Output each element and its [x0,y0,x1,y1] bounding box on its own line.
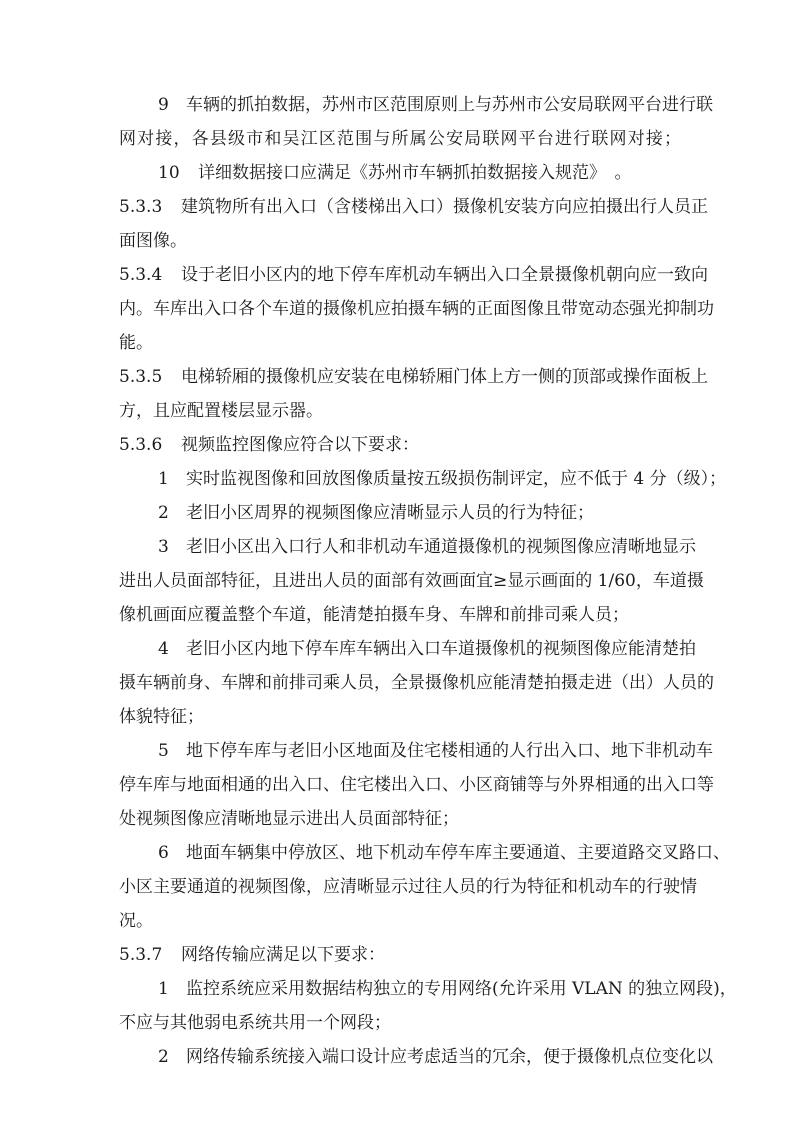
paragraph-text: 处视频图像应清晰地显示进出人员面部特征； [119,809,459,829]
paragraph-text: 像机画面应覆盖整个车道，能清楚拍摄车身、车牌和前排司乘人员； [119,605,629,625]
item-10: 10详细数据接口应满足《苏州市车辆抓拍数据接入规范》 。 [158,161,681,185]
section-5-3-3-line-1: 5.3.3建筑物所有出入口（含楼梯出入口）摄像机安装方向应拍摄出行人员正 [119,195,681,219]
item-number: 1 [158,467,186,491]
paragraph-text: 网对接，各县级市和吴江区范围与所属公安局联网平台进行联网对接； [119,129,681,149]
paragraph-text: 老旧小区周界的视频图像应清晰显示人员的行为特征； [186,503,594,523]
item-5-line-1: 5地下停车库与老旧小区地面及住宅楼相通的人行出入口、地下非机动车 [158,739,681,763]
paragraph-text: 能。 [119,333,153,353]
section-5-3-3-line-2: 面图像。 [119,229,681,253]
section-5-3-7-heading: 5.3.7网络传输应满足以下要求： [119,943,681,967]
section-5-3-4-line-2: 内。车库出入口各个车道的摄像机应拍摄车辆的正面图像且带宽动态强光抑制功 [119,297,681,321]
paragraph-text: 内。车库出入口各个车道的摄像机应拍摄车辆的正面图像且带宽动态强光抑制功 [119,299,714,319]
paragraph-text: 小区主要通道的视频图像，应清晰显示过往人员的行为特征和机动车的行驶情 [119,877,697,897]
net-item-2-line-1: 2网络传输系统接入端口设计应考虑适当的冗余，便于摄像机点位变化以 [158,1045,681,1069]
item-9-line-2: 网对接，各县级市和吴江区范围与所属公安局联网平台进行联网对接； [119,127,681,151]
paragraph-text: 监控系统应采用数据结构独立的专用网络(允许采用 VLAN 的独立网段)， [186,979,737,999]
item-number: 2 [158,501,186,525]
item-1: 1实时监视图像和回放图像质量按五级损伤制评定，应不低于 4 分（级）； [158,467,681,491]
item-number: 4 [158,637,186,661]
paragraph-text: 车辆的抓拍数据，苏州市区范围原则上与苏州市公安局联网平台进行联 [186,95,713,115]
paragraph-text: 地下停车库与老旧小区地面及住宅楼相通的人行出入口、地下非机动车 [186,741,713,761]
item-2: 2老旧小区周界的视频图像应清晰显示人员的行为特征； [158,501,681,525]
item-number: 9 [158,93,186,117]
paragraph-text: 摄车辆前身、车牌和前排司乘人员，全景摄像机应能清楚拍摄走进（出）人员的 [119,673,714,693]
item-5-line-3: 处视频图像应清晰地显示进出人员面部特征； [119,807,681,831]
item-6-line-2: 小区主要通道的视频图像，应清晰显示过往人员的行为特征和机动车的行驶情 [119,875,681,899]
paragraph-text: 详细数据接口应满足《苏州市车辆抓拍数据接入规范》 。 [198,163,632,183]
paragraph-text: 网络传输应满足以下要求： [181,945,385,965]
paragraph-text: 网络传输系统接入端口设计应考虑适当的冗余，便于摄像机点位变化以 [186,1047,713,1067]
item-number: 3 [158,535,186,559]
item-3-line-3: 像机画面应覆盖整个车道，能清楚拍摄车身、车牌和前排司乘人员； [119,603,681,627]
paragraph-text: 体貌特征； [119,707,204,727]
paragraph-text: 进出人员面部特征，且进出人员的面部有效画面宜≥显示画面的 1/60，车道摄 [119,571,704,591]
section-5-3-5-line-1: 5.3.5电梯轿厢的摄像机应安装在电梯轿厢门体上方一侧的顶部或操作面板上 [119,365,681,389]
paragraph-text: 面图像。 [119,231,187,251]
item-number: 6 [158,841,186,865]
section-5-3-6-heading: 5.3.6视频监控图像应符合以下要求： [119,433,681,457]
paragraph-text: 视频监控图像应符合以下要求： [181,435,419,455]
item-3-line-1: 3老旧小区出入口行人和非机动车通道摄像机的视频图像应清晰地显示 [158,535,681,559]
paragraph-text: 老旧小区出入口行人和非机动车通道摄像机的视频图像应清晰地显示 [186,537,696,557]
paragraph-text: 实时监视图像和回放图像质量按五级损伤制评定，应不低于 4 分（级）； [186,469,726,489]
item-5-line-2: 停车库与地面相通的出入口、住宅楼出入口、小区商铺等与外界相通的出入口等 [119,773,681,797]
paragraph-text: 地面车辆集中停放区、地下机动车停车库主要通道、主要道路交叉路口、 [186,843,730,863]
section-number: 5.3.3 [119,195,181,219]
item-6-line-1: 6地面车辆集中停放区、地下机动车停车库主要通道、主要道路交叉路口、 [158,841,681,865]
item-number: 10 [158,161,198,185]
item-9-line-1: 9车辆的抓拍数据，苏州市区范围原则上与苏州市公安局联网平台进行联 [158,93,681,117]
item-4-line-3: 体貌特征； [119,705,681,729]
section-number: 5.3.7 [119,943,181,967]
section-number: 5.3.5 [119,365,181,389]
paragraph-text: 建筑物所有出入口（含楼梯出入口）摄像机安装方向应拍摄出行人员正 [181,197,708,217]
document-page: 9车辆的抓拍数据，苏州市区范围原则上与苏州市公安局联网平台进行联 网对接，各县级… [0,0,800,1131]
paragraph-text: 老旧小区内地下停车库车辆出入口车道摄像机的视频图像应能清楚拍 [186,639,696,659]
section-number: 5.3.6 [119,433,181,457]
item-number: 2 [158,1045,186,1069]
item-4-line-2: 摄车辆前身、车牌和前排司乘人员，全景摄像机应能清楚拍摄走进（出）人员的 [119,671,681,695]
section-5-3-4-line-3: 能。 [119,331,681,355]
section-5-3-4-line-1: 5.3.4设于老旧小区内的地下停车库机动车辆出入口全景摄像机朝向应一致向 [119,263,681,287]
item-6-line-3: 况。 [119,909,681,933]
net-item-1-line-1: 1监控系统应采用数据结构独立的专用网络(允许采用 VLAN 的独立网段)， [158,977,681,1001]
paragraph-text: 方，且应配置楼层显示器。 [119,401,323,421]
paragraph-text: 电梯轿厢的摄像机应安装在电梯轿厢门体上方一侧的顶部或操作面板上 [181,367,708,387]
item-3-line-2: 进出人员面部特征，且进出人员的面部有效画面宜≥显示画面的 1/60，车道摄 [119,569,681,593]
item-4-line-1: 4老旧小区内地下停车库车辆出入口车道摄像机的视频图像应能清楚拍 [158,637,681,661]
item-number: 5 [158,739,186,763]
net-item-1-line-2: 不应与其他弱电系统共用一个网段； [119,1011,681,1035]
item-number: 1 [158,977,186,1001]
section-number: 5.3.4 [119,263,181,287]
paragraph-text: 设于老旧小区内的地下停车库机动车辆出入口全景摄像机朝向应一致向 [181,265,708,285]
section-5-3-5-line-2: 方，且应配置楼层显示器。 [119,399,681,423]
paragraph-text: 不应与其他弱电系统共用一个网段； [119,1013,391,1033]
paragraph-text: 况。 [119,911,153,931]
paragraph-text: 停车库与地面相通的出入口、住宅楼出入口、小区商铺等与外界相通的出入口等 [119,775,714,795]
